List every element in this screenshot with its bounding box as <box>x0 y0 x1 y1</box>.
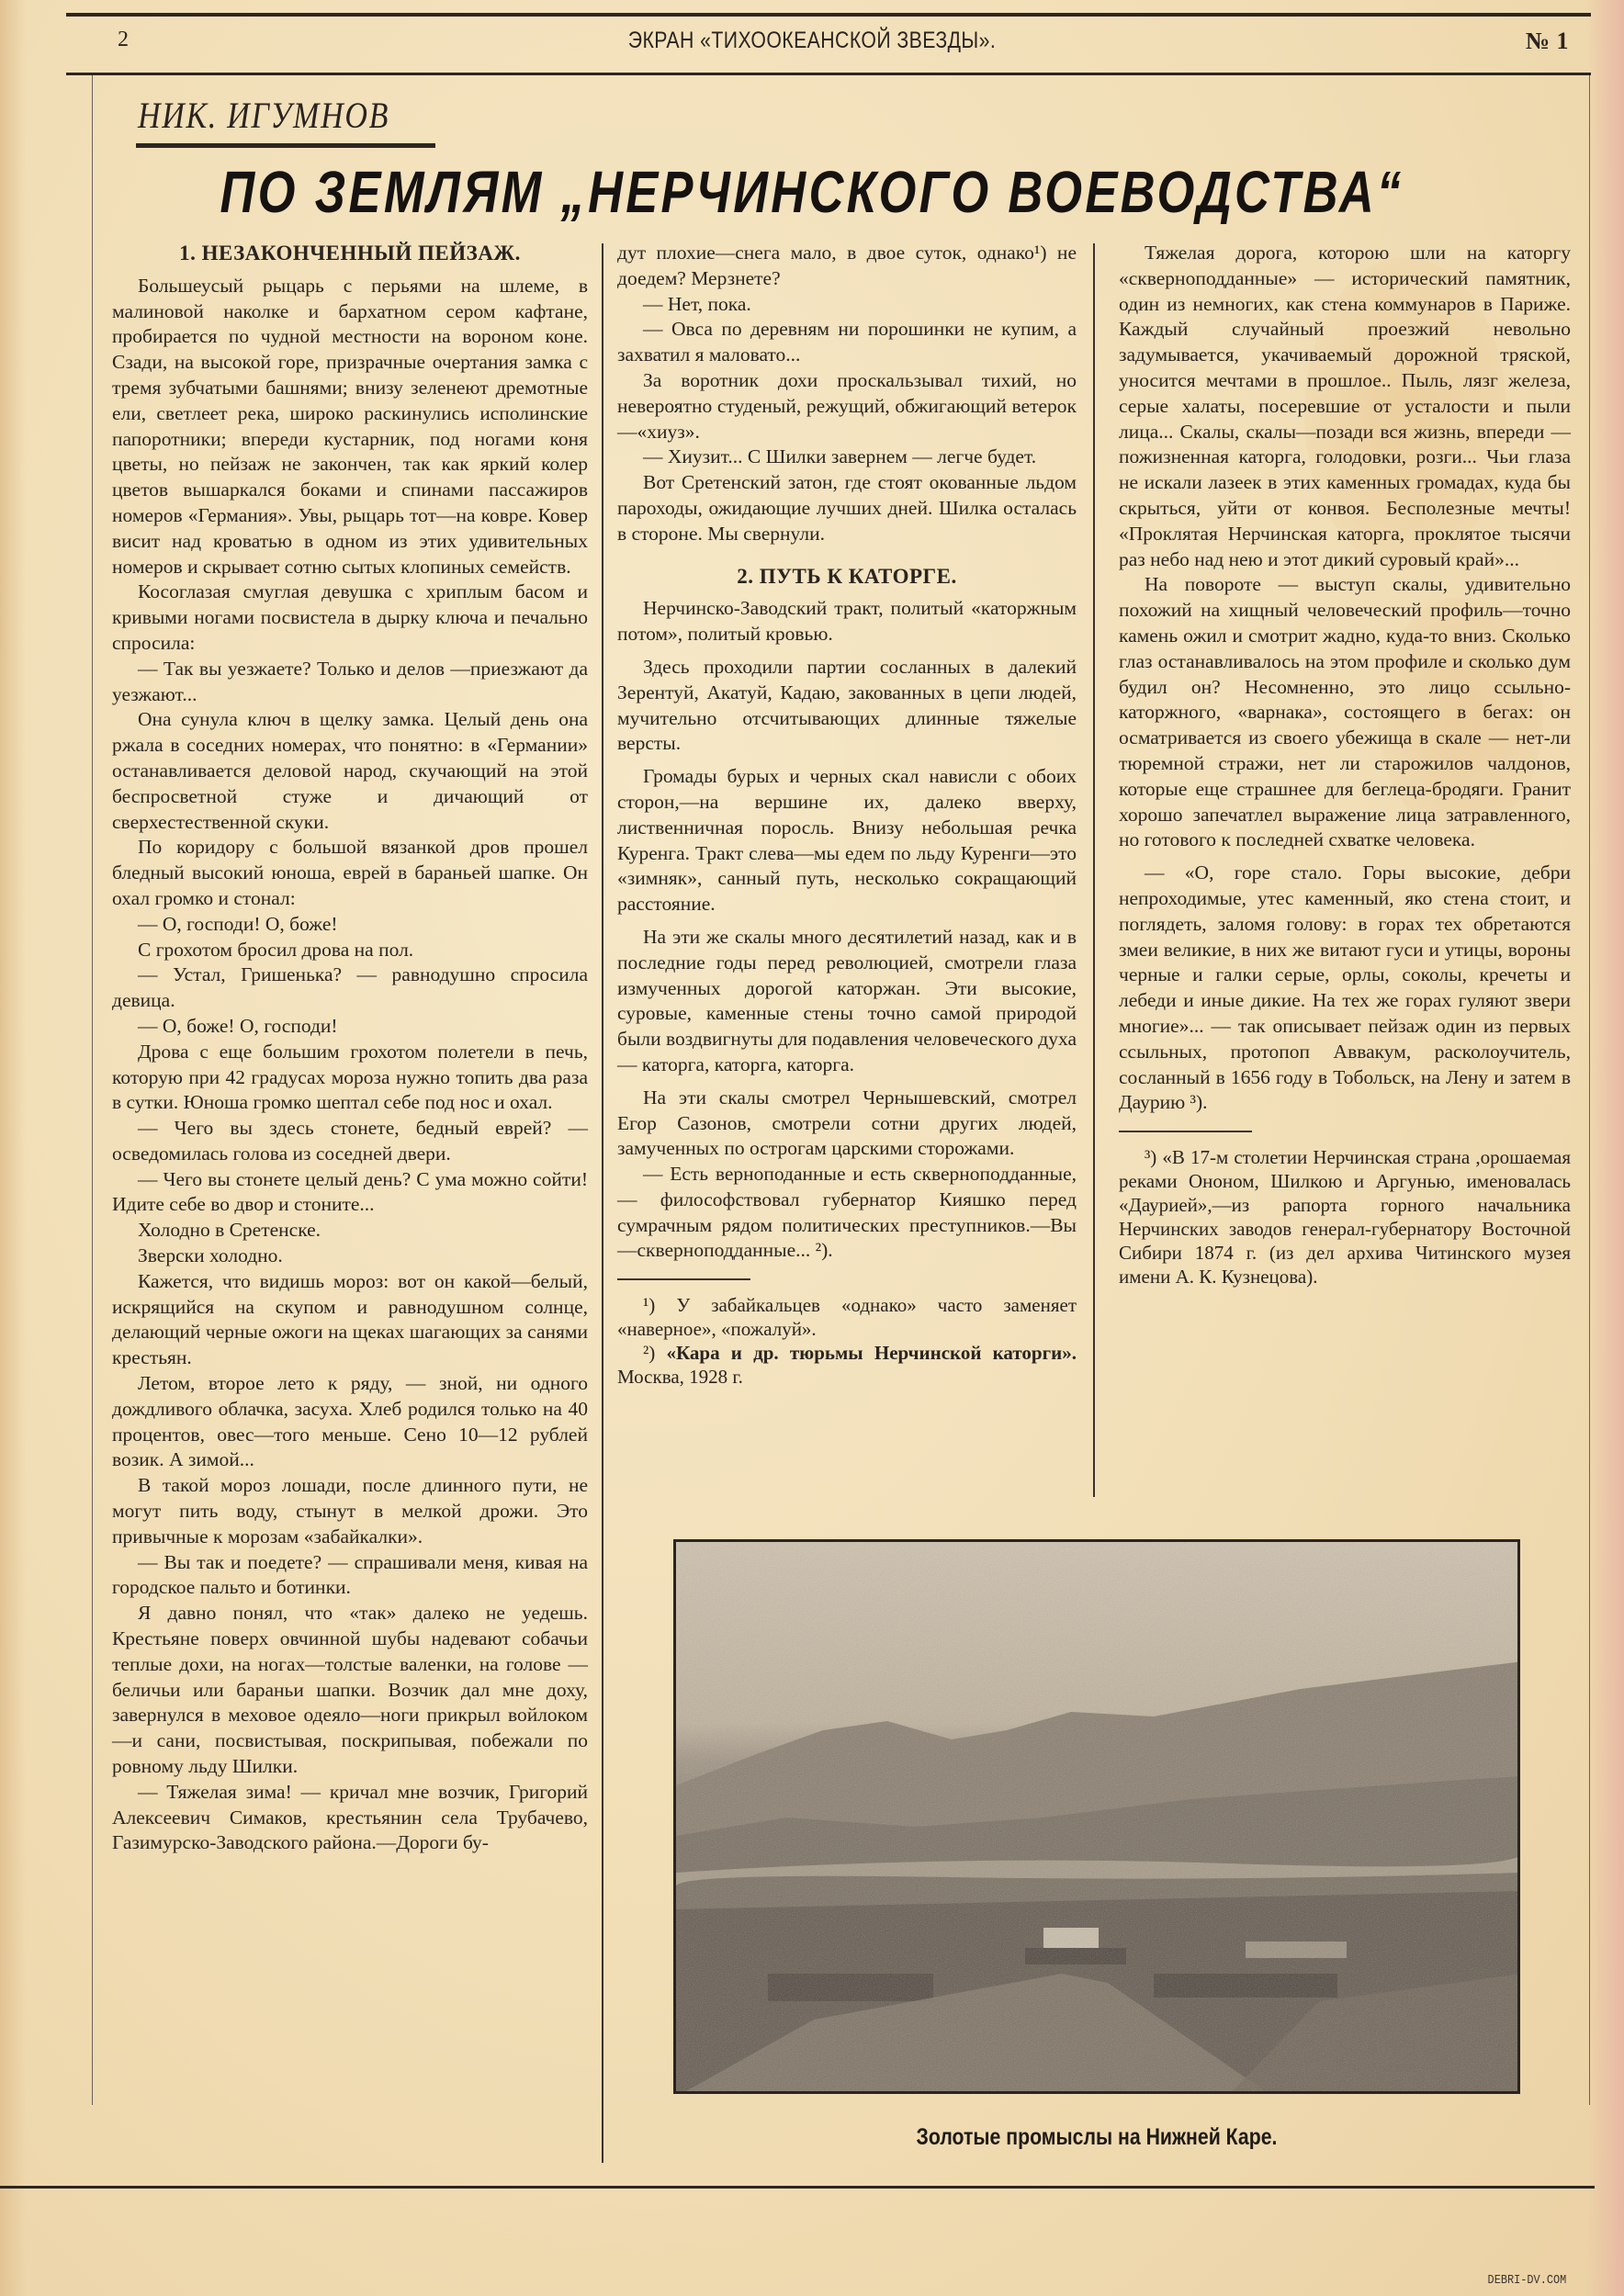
photo-caption: Золотые промыслы на Нижней Каре. <box>737 2124 1457 2151</box>
paragraph: С грохотом бросил дрова на пол. <box>112 938 588 963</box>
page-edge-shading <box>1587 0 1624 2296</box>
article-frame-left <box>92 75 93 2105</box>
issue-number: № 1 <box>1526 28 1569 55</box>
footnote-mark: ²) <box>643 1342 655 1364</box>
paragraph: — Чего вы здесь стонете, бедный еврей? —… <box>112 1116 588 1167</box>
column-3: Тяжелая дорога, которою шли на каторгу «… <box>1119 241 1571 1289</box>
paragraph: Летом, второе лето к ряду, — зной, ни од… <box>112 1371 588 1473</box>
paragraph: — Хиузит... С Шилки завернем — легче буд… <box>617 445 1077 470</box>
paragraph: На эти скалы смотрел Чернышевский, смотр… <box>617 1086 1077 1162</box>
paragraph: — Так вы уезжаете? Только и делов —приез… <box>112 657 588 708</box>
footnote-1: ¹) У забайкальцев «однако» часто заменяе… <box>617 1293 1077 1341</box>
landscape-photo <box>673 1539 1520 2094</box>
paragraph: — Овса по деревням ни порошинки не купим… <box>617 317 1077 368</box>
article-frame-right <box>1589 75 1590 2105</box>
byline-underline <box>136 143 435 148</box>
paragraph: Вот Сретенский затон, где стоят окованны… <box>617 470 1077 546</box>
paragraph: — Нет, пока. <box>617 292 1077 318</box>
paragraph: — Есть верноподанные и есть скверноподда… <box>617 1162 1077 1264</box>
column-divider <box>602 243 603 2163</box>
footnote-text: Москва, 1928 г. <box>617 1366 743 1388</box>
paragraph: Холодно в Сретенске. <box>112 1218 588 1244</box>
author-byline: НИК. ИГУМНОВ <box>138 94 389 137</box>
footnote-text: У забайкальцев «однако» часто заменяет «… <box>617 1294 1077 1340</box>
paragraph: За воротник дохи проскальзывал тихий, но… <box>617 368 1077 445</box>
section-title-1: 1. НЕЗАКОНЧЕННЫЙ ПЕЙЗАЖ. <box>112 241 588 266</box>
top-rule <box>66 13 1591 17</box>
footnote-source-title: «Кара и др. тюрьмы Нерчинской каторги». <box>666 1342 1077 1364</box>
paragraph: — О, боже! О, господи! <box>112 1014 588 1040</box>
paragraph: Я давно понял, что «так» далеко не уедеш… <box>112 1601 588 1780</box>
footnote-text: «В 17-м столетии Нерчинская страна ,орош… <box>1119 1146 1571 1288</box>
newspaper-title: ЭКРАН «ТИХООКЕАНСКОЙ ЗВЕЗДЫ». <box>122 28 1503 54</box>
page-edge-shading <box>0 0 26 2296</box>
paragraph: — О, господи! О, боже! <box>112 912 588 938</box>
section-title-2: 2. ПУТЬ К КАТОРГЕ. <box>617 564 1077 590</box>
paragraph: По коридору с большой вязанкой дров прош… <box>112 835 588 911</box>
footnote-rule <box>1119 1131 1252 1132</box>
paragraph: дут плохие—снега мало, в двое суток, одн… <box>617 241 1077 292</box>
paragraph: — Чего вы стонете целый день? С ума можн… <box>112 1167 588 1219</box>
footnote-mark: ³) <box>1145 1146 1156 1168</box>
paragraph: Она сунула ключ в щелку замка. Целый ден… <box>112 707 588 835</box>
footnote-rule <box>617 1278 750 1280</box>
footnote-3: ³) «В 17-м столетии Нерчинская страна ,о… <box>1119 1145 1571 1289</box>
column-divider <box>1093 243 1095 1497</box>
paragraph: Тяжелая дорога, которою шли на каторгу «… <box>1119 241 1571 572</box>
paragraph: Кажется, что видишь мороз: вот он какой—… <box>112 1269 588 1371</box>
column-1: 1. НЕЗАКОНЧЕННЫЙ ПЕЙЗАЖ. Большеусый рыца… <box>112 241 588 1856</box>
paragraph: — Вы так и поедете? — спрашивали меня, к… <box>112 1550 588 1602</box>
header-rule <box>66 73 1591 75</box>
paragraph: — Устал, Гришенька? — равнодушно спросил… <box>112 962 588 1014</box>
paragraph: — Тяжелая зима! — кричал мне возчик, Гри… <box>112 1780 588 1856</box>
footnote-2: ²) «Кара и др. тюрьмы Нерчинской каторги… <box>617 1341 1077 1389</box>
paragraph: В такой мороз лошади, после длинного пут… <box>112 1473 588 1549</box>
footnote-mark: ¹) <box>643 1294 655 1316</box>
column-2: дут плохие—снега мало, в двое суток, одн… <box>617 241 1077 1389</box>
article-headline: ПО ЗЕМЛЯМ „НЕРЧИНСКОГО ВОЕВОДСТВА“ <box>146 158 1478 226</box>
paragraph: — «О, горе стало. Горы высокие, дебри не… <box>1119 861 1571 1116</box>
site-watermark: DEBRI-DV.COM <box>1488 2273 1567 2288</box>
paragraph: Косоглазая смуглая девушка с хриплым бас… <box>112 580 588 656</box>
paragraph: На эти же скалы много десятилетий назад,… <box>617 925 1077 1078</box>
paragraph: Большеусый рыцарь с перьями на шлеме, в … <box>112 274 588 580</box>
mountain-valley-image <box>676 1542 1520 2094</box>
paragraph: Здесь проходили партии сосланных в далек… <box>617 655 1077 757</box>
paragraph: Громады бурых и черных скал нависли с об… <box>617 764 1077 917</box>
bottom-rule <box>0 2186 1595 2189</box>
paragraph: Дрова с еще большим грохотом полетели в … <box>112 1040 588 1116</box>
paragraph: Нерчинско-Заводский тракт, политый «като… <box>617 596 1077 647</box>
paragraph: Зверски холодно. <box>112 1244 588 1269</box>
paragraph: На повороте — выступ скалы, удивительно … <box>1119 572 1571 853</box>
